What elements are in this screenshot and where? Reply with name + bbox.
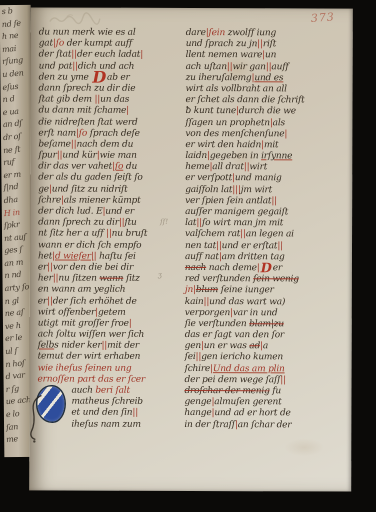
manuscript-line: ƀ kunt tune|durch die we [185, 106, 353, 118]
manuscript-line: den zu yme Dab er [39, 72, 169, 84]
manuscript-line: der pei dem wege ſaſſ|| [185, 375, 353, 387]
manuscript-line: ſelbs nider ker||mit der [38, 341, 168, 353]
manuscript-line: utigt mit groſſer froe| [38, 318, 168, 330]
parchment-stain [284, 438, 324, 456]
manuscript-line: er ſchet als dann die ſchrift [185, 95, 353, 107]
manuscript-line: er||der ſich erhöhet de [38, 296, 168, 308]
manuscript-line: hange|und ad er hort de [184, 408, 352, 420]
manuscript-line: auſſer manigem gegaiſt [185, 207, 353, 219]
margin-mark: ʒ [158, 271, 162, 279]
manuscript-line: matheus ſchreib [71, 397, 167, 409]
manuscript-line: lat||ſo wirt man jm mit [185, 218, 353, 230]
manuscript-line: ſei||gen iericho kumen [185, 352, 353, 364]
manuscript-line: et und den ſin|| [71, 408, 167, 420]
manuscript-line: wie iheſus ſeinen ung [38, 363, 168, 375]
manuscript-line: ge|und ſitz zu nidriſt [38, 184, 168, 196]
manuscript-line: verporgen|var in und [185, 308, 353, 320]
manuscript-line: der als du gaden ſeiſt ſo [38, 173, 168, 185]
text-column-right: dare|ſein zwolff iungund ſprach zu jn||r… [184, 28, 353, 431]
manuscript-line: beſame||nach dem du [38, 139, 168, 151]
photo-background: { "manuscript": { "folio_number": "373",… [0, 0, 376, 512]
manuscript-line: llent nemen ware|un [186, 50, 354, 62]
manuscript-line: wann er dich ſch empfo [38, 240, 168, 252]
manuscript-line: jn|blum ſeine iunger [185, 285, 353, 297]
manuscript-line: droſchar der menig fu [184, 386, 352, 398]
manuscript-line: heme|all drat||wirt [185, 162, 353, 174]
manuscript-line: en wann am yeglich [38, 285, 168, 297]
manuscript-line: dare|ſein zwolff iung [186, 28, 354, 40]
manuscript-line: ſchre|als miener kümpt [38, 195, 168, 207]
manuscript-line: kain||und das wart wa) [185, 296, 353, 308]
manuscript-page: 373 du nun merk wie es algat|ſo der kump… [29, 7, 353, 491]
manuscript-line: ach ſoltu wiſſen wer ſich [38, 330, 168, 342]
manuscript-line: ſtat gib dem ||un das [39, 95, 169, 107]
manuscript-line: er wirt den haidn|mit [185, 140, 353, 152]
manuscript-line: in der ſtraſſ|an ſchar der [184, 420, 352, 432]
manuscript-line: ſpur||und kür|wie man [38, 151, 168, 163]
pen-flourish [29, 393, 43, 445]
manuscript-line: ſie verſtunden blam|zu [185, 319, 353, 331]
folio-number: 373 [310, 9, 355, 25]
manuscript-line: nach nach deme|Der [185, 263, 353, 275]
manuscript-line: dir das ver vahet|ſo du [38, 162, 168, 174]
manuscript-line: gen|un er was ad|a [185, 341, 353, 353]
manuscript-line: du nun merk wie es al [39, 27, 169, 39]
manuscript-line: nt ſitz her a uff ||nu bruſt [38, 229, 168, 241]
manuscript-line: der dich lud. E|und er [38, 206, 168, 218]
manuscript-line: ver ſpien ſein antlat|| [185, 196, 353, 208]
manuscript-line: er||vor den die bei dir [38, 262, 168, 274]
manuscript-line: red verſtunden ſein wenig [185, 274, 353, 286]
manuscript-line: gat|ſo der kumpt auff [39, 39, 169, 51]
manuscript-line: von des menſchenſune| [185, 129, 353, 141]
manuscript-line: valſchem rat||an legen ai [185, 229, 353, 241]
manuscript-line: ſſagen un prophetn|als [185, 117, 353, 129]
manuscript-line: zu iheruſalemg|und es [186, 73, 354, 85]
manuscript-line: nen tat||und er erſtat|| [185, 241, 353, 253]
manuscript-line: die nidreſten ſtat werd [38, 117, 168, 129]
manuscript-line: ſchire|Und das am plin [185, 364, 353, 376]
margin-mark: ſſ! [160, 218, 168, 226]
manuscript-line: ernoſſen part das er ſcer [38, 374, 168, 386]
manuscript-line: erſt nam|ſo ſprach deſe [38, 128, 168, 140]
text-column-left: du nun merk wie es algat|ſo der kumpt au… [37, 27, 168, 430]
manuscript-line: temut der wirt erhaben [38, 352, 168, 364]
manuscript-line: das er ſagt van den ſor [185, 330, 353, 342]
manuscript-line: her||nu ſitzen wann ſitz [38, 274, 168, 286]
manuscript-line: du dann mit ſchame| [38, 106, 168, 118]
manuscript-line: der ſtat||der euch ladat| [39, 50, 169, 62]
manuscript-line: het|d wieſer|| haſtu ſei [38, 251, 168, 263]
manuscript-line: wirt offenber|getem [38, 307, 168, 319]
manuscript-line: dann ſprech zu dir die [39, 83, 169, 95]
manuscript-line: dann ſprech zu dir||ſtu [38, 218, 168, 230]
manuscript-line: laidn|gegeben in irſynne [185, 151, 353, 163]
manuscript-line: er verſpott|und manig [185, 173, 353, 185]
manuscript-line: iheſus nam zum [71, 419, 167, 431]
manuscript-line: und ſprach zu jn||riſt [186, 39, 354, 51]
manuscript-line: gaiſfoln lat|||jm wirt [185, 185, 353, 197]
manuscript-line: wirt als vollbraht an all [186, 84, 354, 96]
manuscript-line: auch beri ſalt [71, 386, 167, 398]
manuscript-line: genge|almuſen gerent [184, 397, 352, 409]
manuscript-line: ach uſtan||wir gan||auff [186, 62, 354, 74]
